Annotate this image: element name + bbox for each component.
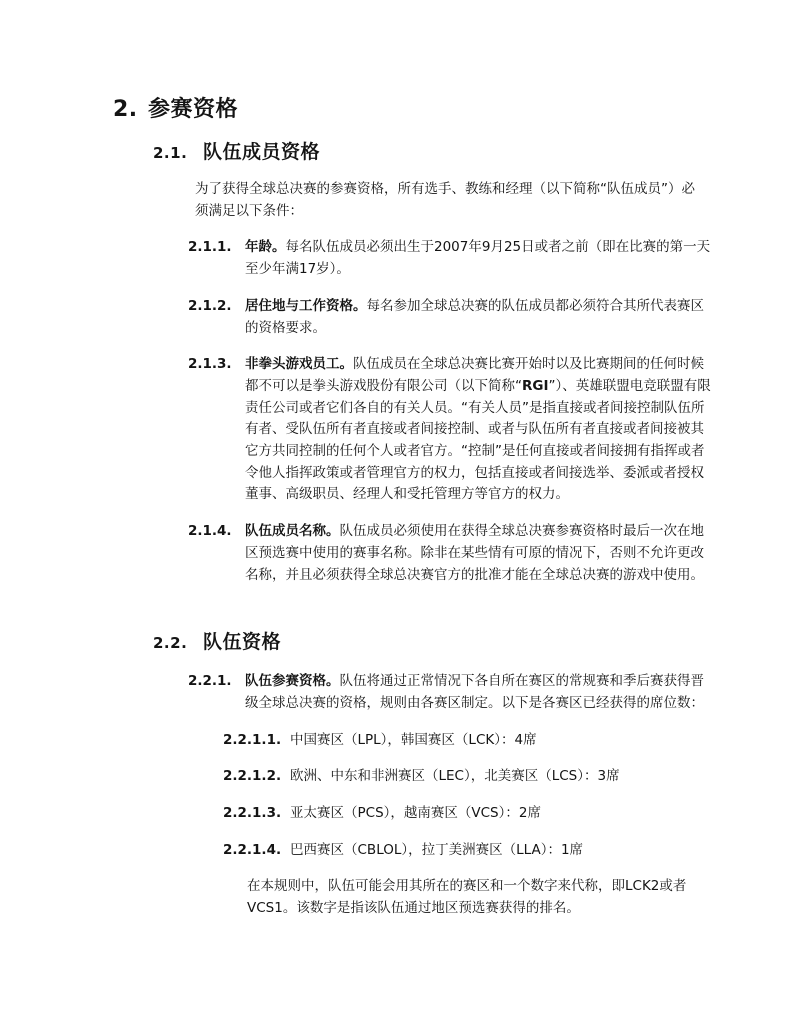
subclause-pcs-vcs-seats: 2.2.1.3. 亚太赛区（PCS），越南赛区（VCS）：2席 [223,803,720,825]
document-page: 2. 参赛资格 2.1. 队伍成员资格 为了获得全球总决赛的参赛资格，所有选手、… [0,0,800,1035]
clause-text: 年龄。每名队伍成员必须出生于2007年9月25日或者之前（即在比赛的第一天至少年… [245,237,716,280]
clause-body: 每名队伍成员必须出生于2007年9月25日或者之前（即在比赛的第一天至少年满17… [245,239,710,277]
chapter-title: 参赛资格 [148,96,238,124]
section-number: 2.1. [153,141,203,166]
section-team-eligibility: 2.2. 队伍资格 2.2.1. 队伍参赛资格。队伍将通过正常情况下各自所在赛区… [113,630,720,920]
subclause-number: 2.2.1.4. [223,840,290,862]
clause-text: 居住地与工作资格。每名参加全球总决赛的队伍成员都必须符合其所代表赛区的资格要求。 [245,296,716,339]
subclause-lec-lcs-seats: 2.2.1.2. 欧洲、中东和非洲赛区（LEC），北美赛区（LCS）：3席 [223,766,720,788]
clause-number: 2.1.4. [188,521,245,586]
clause-team-qualification: 2.2.1. 队伍参赛资格。队伍将通过正常情况下各自所在赛区的常规赛和季后赛获得… [188,671,720,714]
subclause-number: 2.2.1.3. [223,803,290,825]
rgi-abbreviation: RGI [522,378,549,394]
clause-term: 队伍参赛资格。 [245,673,340,689]
clause-age: 2.1.1. 年龄。每名队伍成员必须出生于2007年9月25日或者之前（即在比赛… [188,237,720,280]
subclause-number: 2.2.1.2. [223,766,290,788]
clause-term: 年龄。 [245,239,286,255]
subclause-cblol-lla-seats: 2.2.1.4. 巴西赛区（CBLOL），拉丁美洲赛区（LLA）：1席 [223,840,720,862]
clause-number: 2.1.3. [188,354,245,506]
subclause-text: 中国赛区（LPL），韩国赛区（LCK）：4席 [290,730,694,752]
clause-number: 2.2.1. [188,671,245,714]
subclause-text: 欧洲、中东和非洲赛区（LEC），北美赛区（LCS）：3席 [290,766,694,788]
subclause-lpl-lck-seats: 2.2.1.1. 中国赛区（LPL），韩国赛区（LCK）：4席 [223,730,720,752]
clause-term: 非拳头游戏员工。 [245,356,353,372]
subclause-text: 亚太赛区（PCS），越南赛区（VCS）：2席 [290,803,694,825]
clause-number: 2.1.1. [188,237,245,280]
clause-text: 队伍成员名称。队伍成员必须使用在获得全球总决赛参赛资格时最后一次在地区预选赛中使… [245,521,716,586]
section-team-member-eligibility: 2.1. 队伍成员资格 为了获得全球总决赛的参赛资格，所有选手、教练和经理（以下… [113,140,720,586]
clause-note-paragraph: 在本规则中，队伍可能会用其所在的赛区和一个数字来代称，即LCK2或者VCS1。该… [247,876,703,919]
clause-number: 2.1.2. [188,296,245,339]
clause-member-name: 2.1.4. 队伍成员名称。队伍成员必须使用在获得全球总决赛参赛资格时最后一次在… [188,521,720,586]
clause-term: 居住地与工作资格。 [245,298,367,314]
section-intro-paragraph: 为了获得全球总决赛的参赛资格，所有选手、教练和经理（以下简称“队伍成员”）必须满… [195,179,703,222]
section-title: 队伍成员资格 [203,140,320,165]
section-title: 队伍资格 [203,630,281,655]
subclause-text: 巴西赛区（CBLOL），拉丁美洲赛区（LLA）：1席 [290,840,694,862]
chapter-heading: 2. 参赛资格 [113,96,720,124]
clause-residency: 2.1.2. 居住地与工作资格。每名参加全球总决赛的队伍成员都必须符合其所代表赛… [188,296,720,339]
subclause-number: 2.2.1.1. [223,730,290,752]
chapter-number: 2. [113,96,148,124]
clause-body-after-rgi: ”）、英雄联盟电竞联盟有限责任公司或者它们各自的有关人员。“有关人员”是指直接或… [245,378,711,503]
section-heading: 2.2. 队伍资格 [153,630,720,656]
clause-text: 非拳头游戏员工。队伍成员在全球总决赛比赛开始时以及比赛期间的任何时候都不可以是拳… [245,354,716,506]
clause-term: 队伍成员名称。 [245,523,340,539]
section-number: 2.2. [153,631,203,656]
clause-text: 队伍参赛资格。队伍将通过正常情况下各自所在赛区的常规赛和季后赛获得晋级全球总决赛… [245,671,716,714]
section-heading: 2.1. 队伍成员资格 [153,140,720,166]
clause-no-riot-employees: 2.1.3. 非拳头游戏员工。队伍成员在全球总决赛比赛开始时以及比赛期间的任何时… [188,354,720,506]
